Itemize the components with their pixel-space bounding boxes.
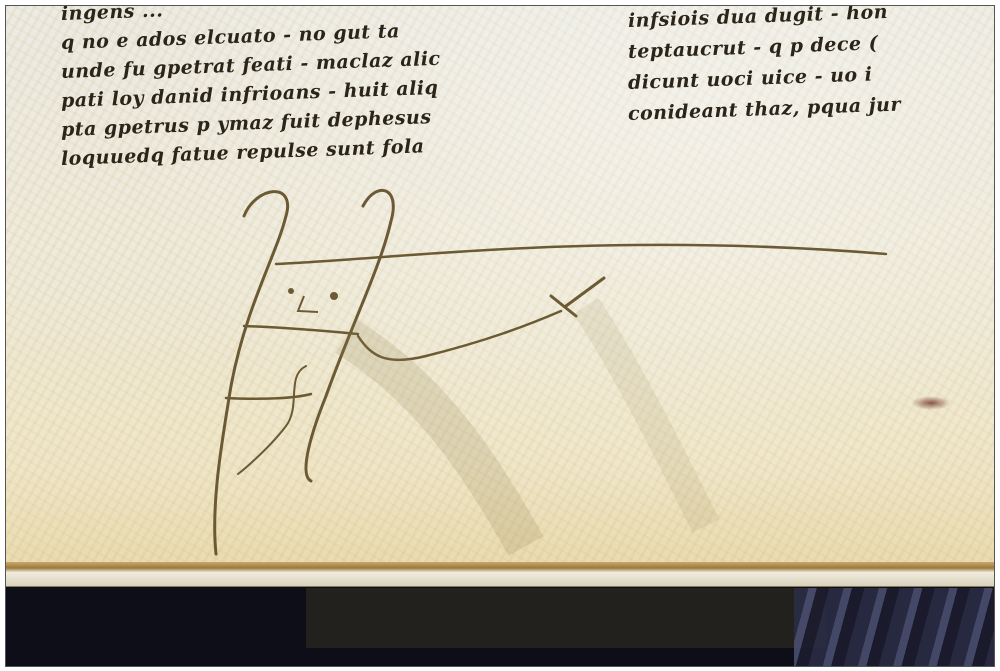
- underlying-page: [6, 572, 994, 587]
- photo-frame: ingens ... q no e ados elcuato - no gut …: [5, 5, 995, 667]
- monogram-drawing: [6, 6, 994, 584]
- page-edge: [6, 562, 994, 572]
- shadow: [306, 588, 826, 648]
- ink-stain: [911, 396, 951, 410]
- cloth-background: [794, 588, 994, 666]
